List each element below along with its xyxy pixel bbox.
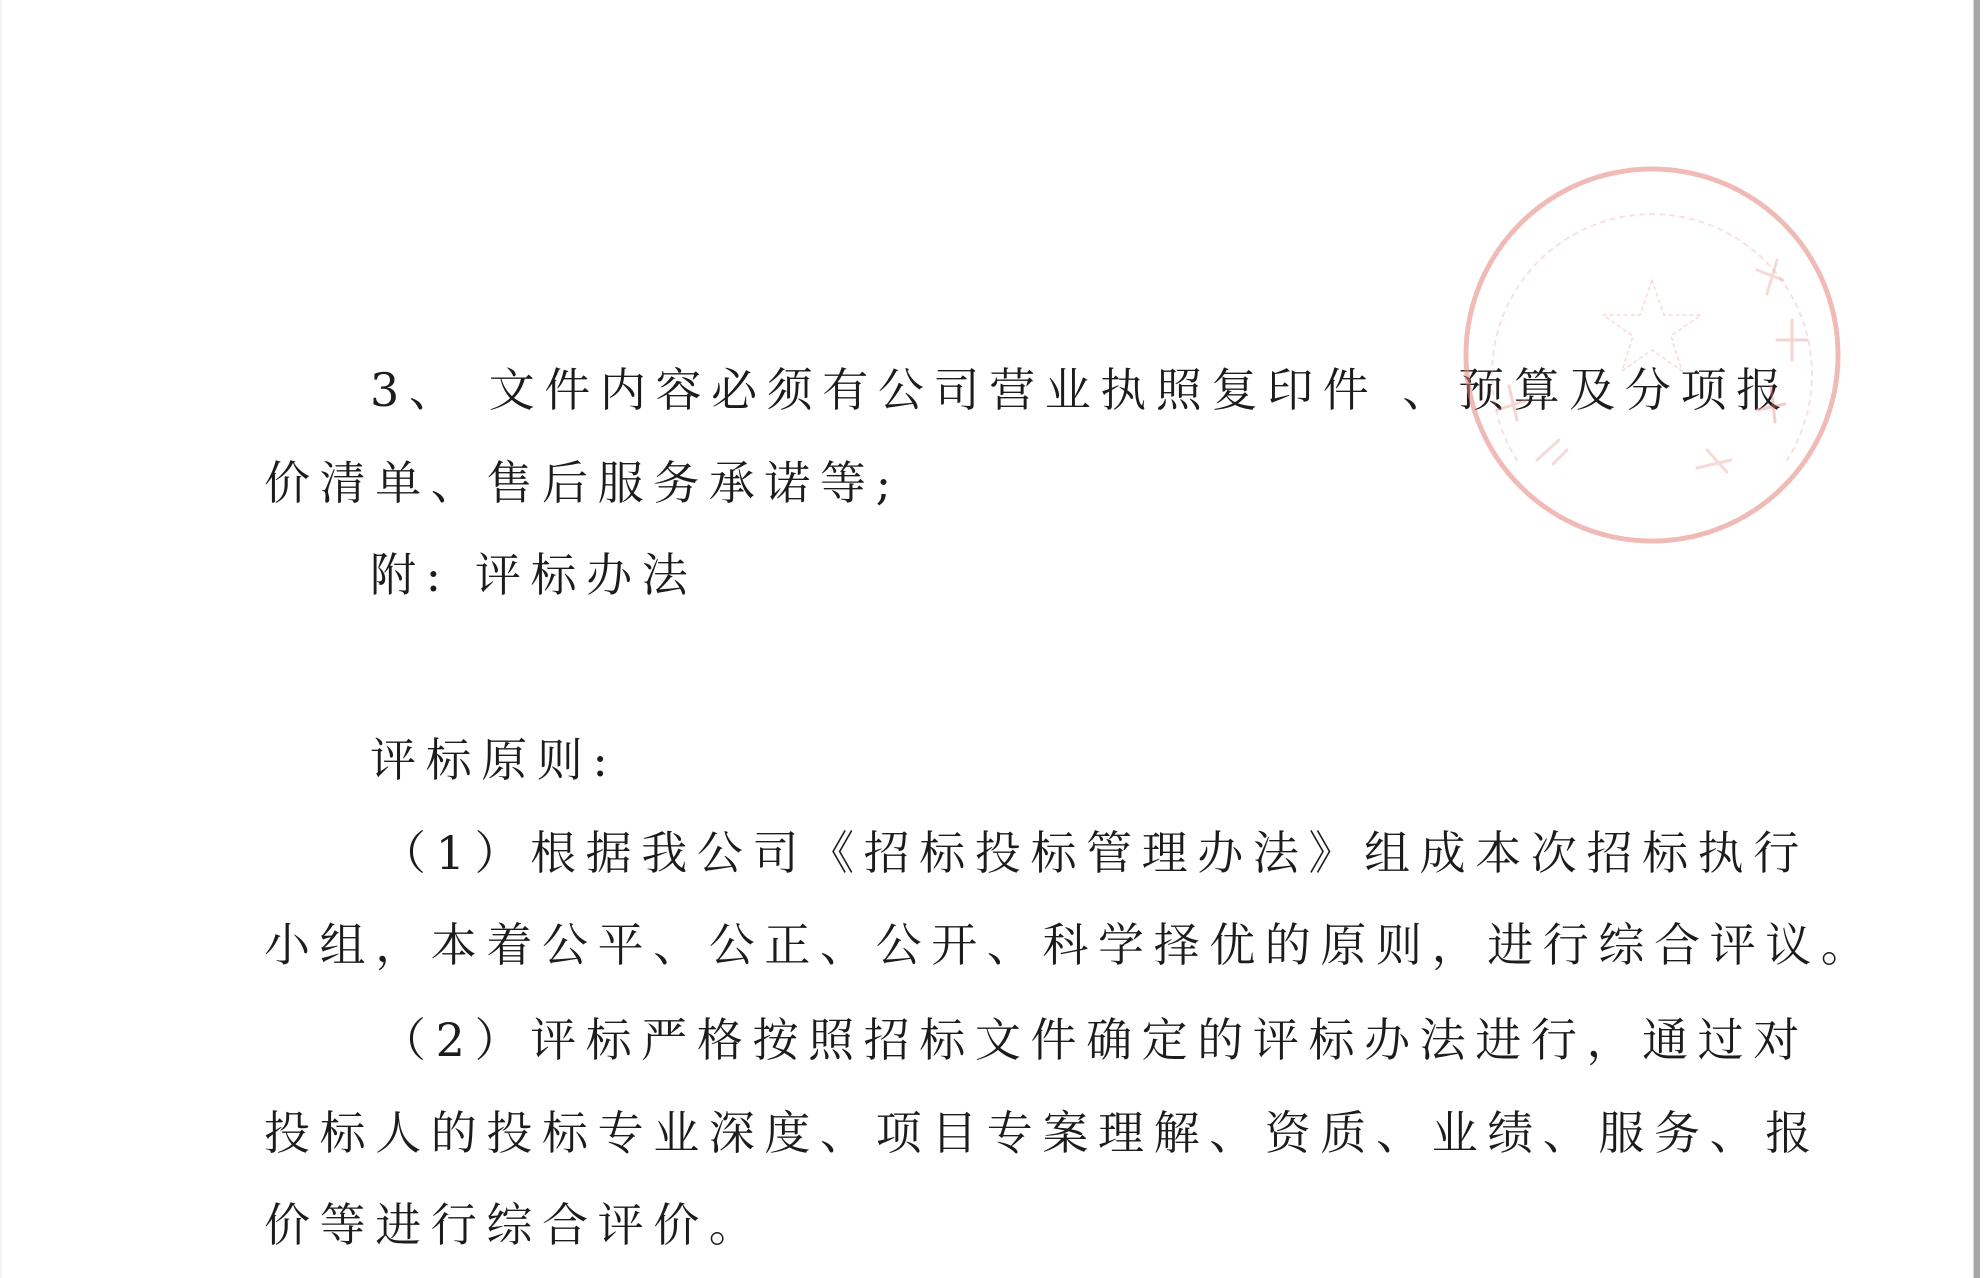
principle-1-line-2: 小组，本着公平、公正、公开、科学择优的原则，进行综合评议。 — [264, 917, 1876, 973]
appendix-heading: 附: 评标办法 — [370, 547, 697, 603]
company-seal-icon — [1457, 160, 1847, 550]
item-3-line-2: 价清单、售后服务承诺等; — [264, 455, 901, 511]
page-edge-border — [1973, 0, 1980, 1278]
principle-2-line-3: 价等进行综合评价。 — [264, 1197, 764, 1253]
item-3-line-1: 3、 文件内容必须有公司营业执照复印件 、预算及分项报 — [370, 362, 1792, 418]
principle-2-line-1: （2）评标严格按照招标文件确定的评标办法进行，通过对 — [380, 1012, 1809, 1068]
document-page: 3、 文件内容必须有公司营业执照复印件 、预算及分项报 价清单、售后服务承诺等;… — [0, 0, 1980, 1278]
principle-2-line-2: 投标人的投标专业深度、项目专案理解、资质、业绩、服务、报 — [264, 1105, 1821, 1161]
principle-1-line-1: （1）根据我公司《招标投标管理办法》组成本次招标执行 — [380, 825, 1809, 881]
principles-heading: 评标原则: — [370, 732, 618, 788]
